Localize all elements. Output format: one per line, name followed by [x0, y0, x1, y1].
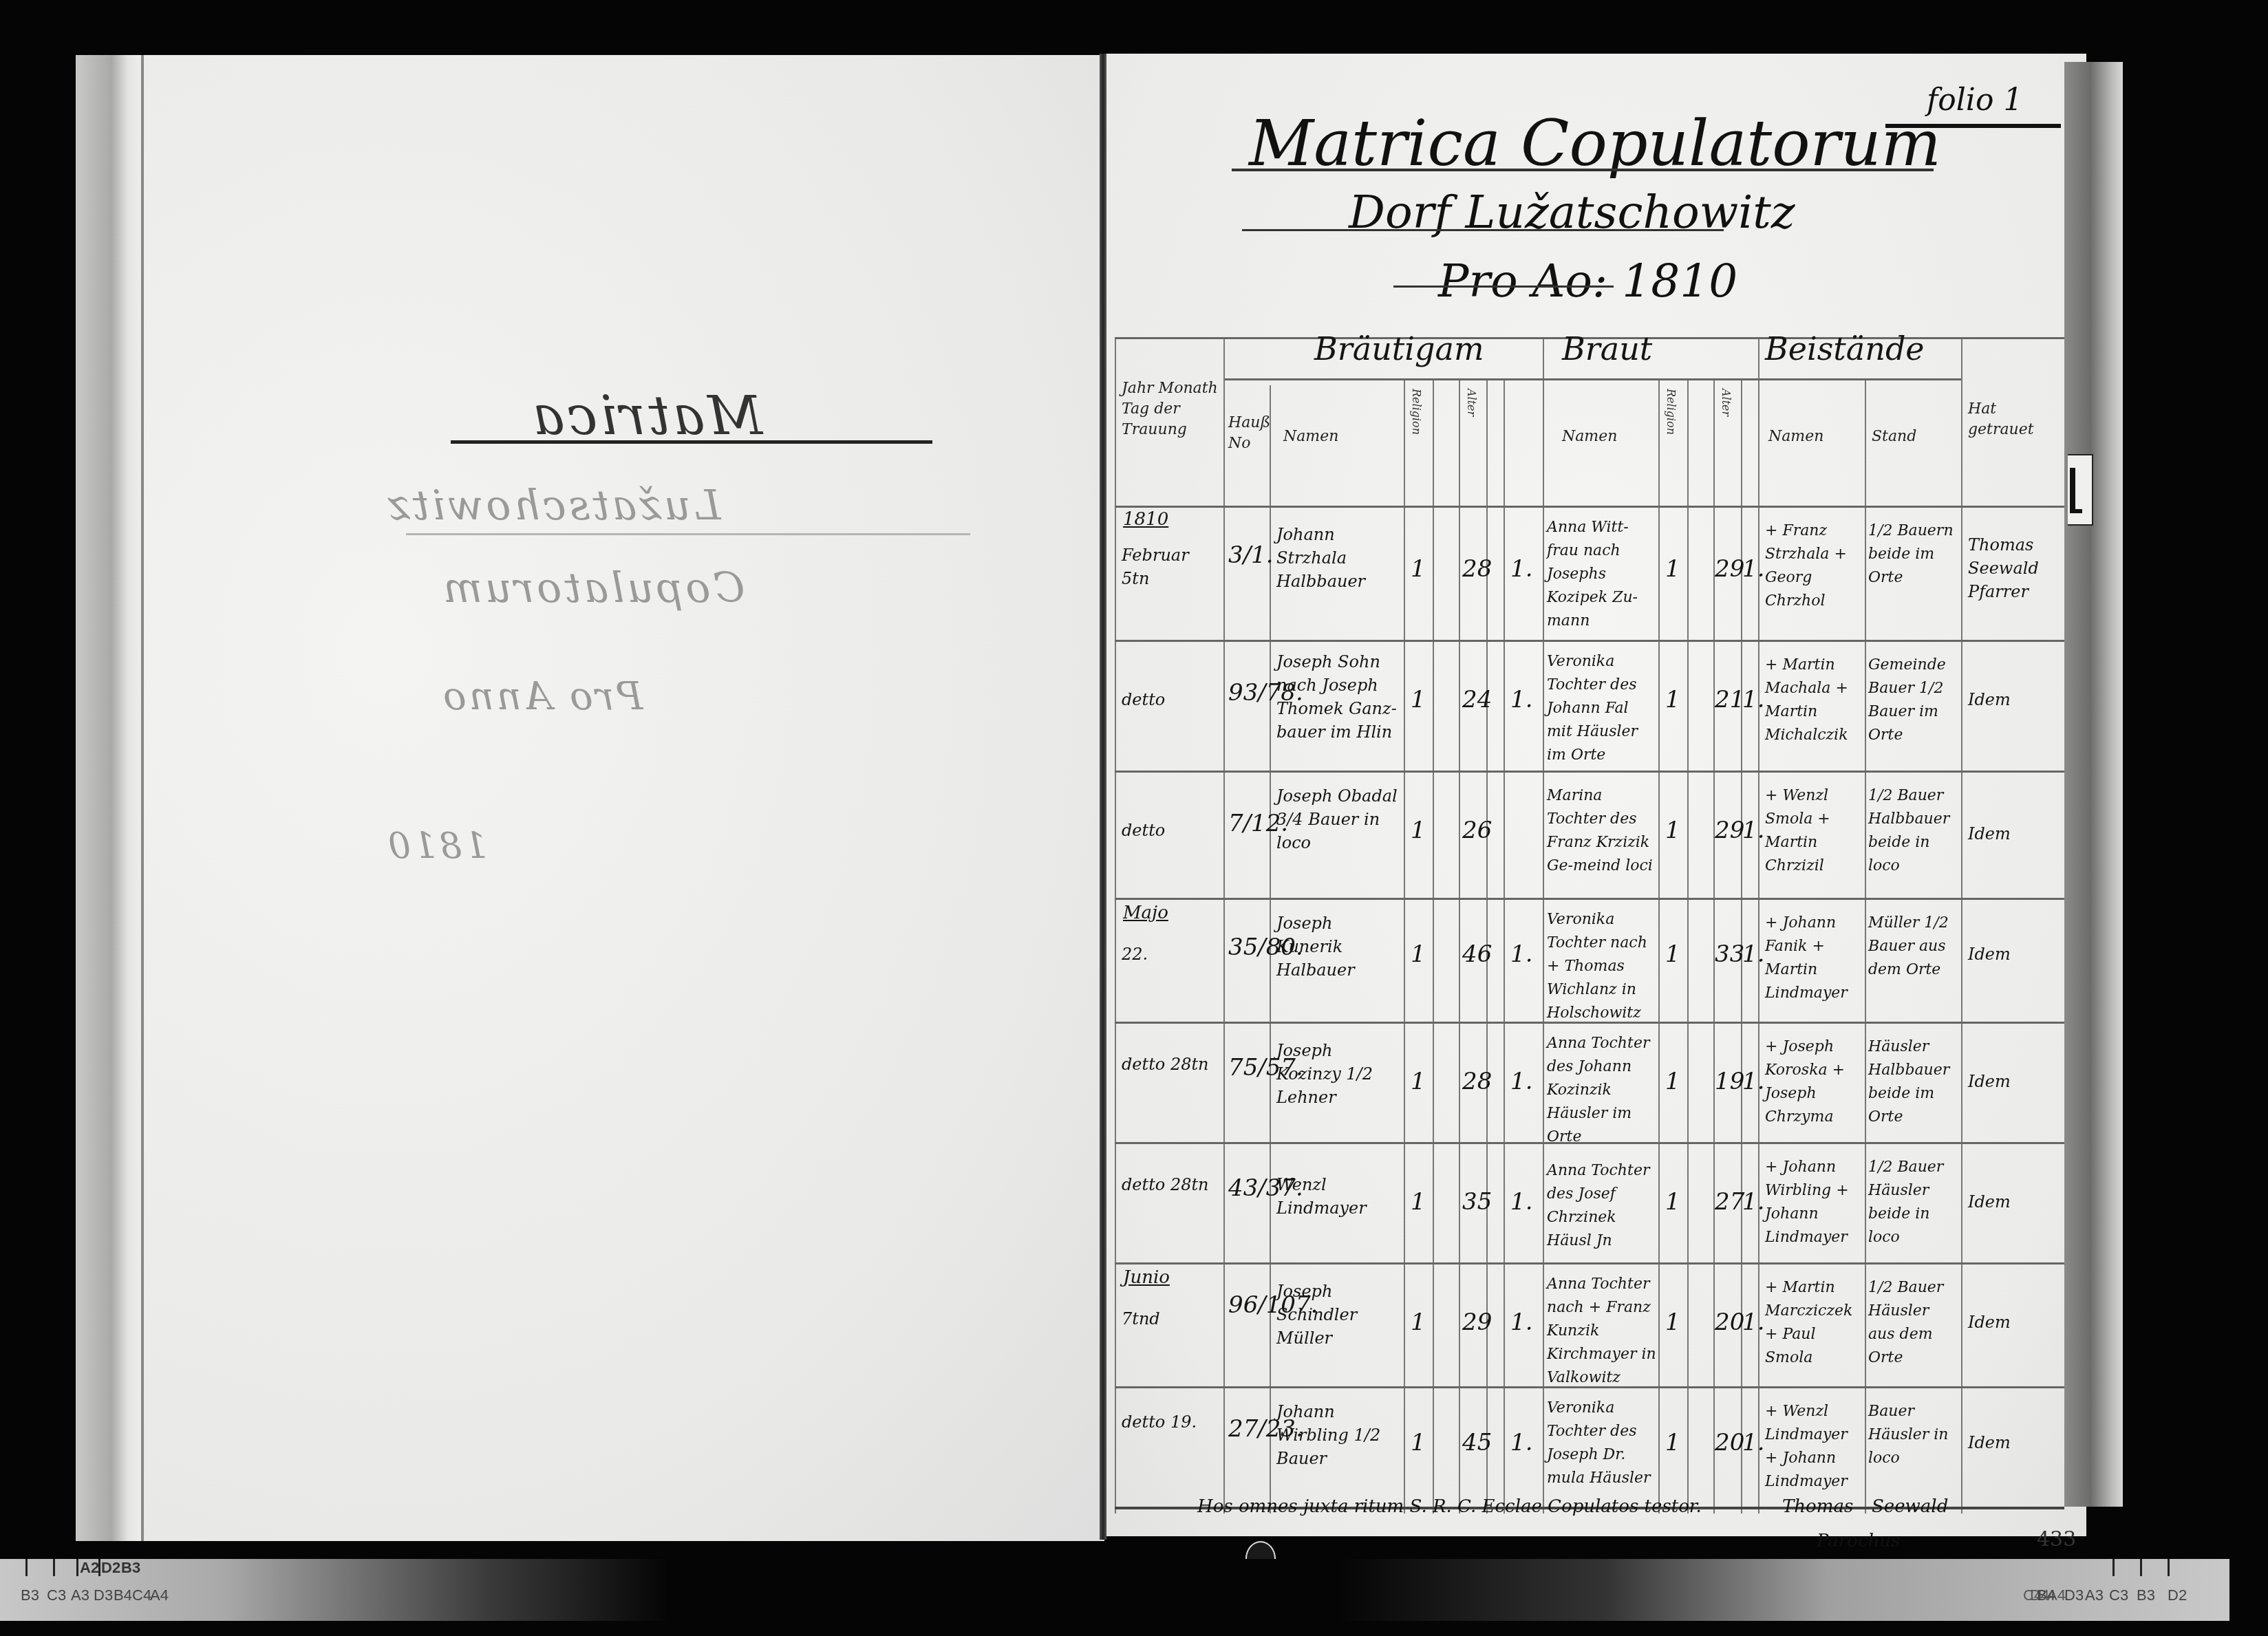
row-groom-religion: 1	[1411, 1070, 1426, 1093]
row-groom-age: 45	[1462, 1431, 1492, 1454]
row-date: detto	[1122, 688, 1165, 711]
row-witnesses: + Joseph Koroska + Joseph Chrzyma	[1765, 1035, 1861, 1129]
ruler-label: B3	[2137, 1586, 2155, 1604]
row-date: detto 28tn	[1122, 1173, 1218, 1196]
row-officiant: Idem	[1968, 943, 2011, 966]
ruler-tick	[2140, 1559, 2142, 1576]
row-groom: Joseph Sohn nach Joseph Thomek Ganz-baue…	[1276, 650, 1400, 744]
row-line	[1115, 898, 2064, 900]
row-officiant: Idem	[1968, 822, 2011, 846]
row-bride-religion: 1	[1665, 1070, 1680, 1093]
row-groom-age: 35	[1462, 1190, 1492, 1214]
row-bride: Marina Tochter des Franz Krzizik Ge-mein…	[1547, 784, 1657, 878]
ghost-rule	[451, 440, 932, 444]
row-officiant: Idem	[1968, 1311, 2011, 1334]
row-officiant: Idem	[1968, 688, 2011, 711]
row-bride: Veronika Tochter nach + Thomas Wichlanz …	[1547, 908, 1657, 1025]
row-date: detto 19.	[1122, 1410, 1218, 1434]
row-line	[1225, 378, 1961, 380]
row-witness-status: Müller 1/2 Bauer aus dem Orte	[1868, 912, 1958, 982]
row-bride: Anna Tochter des Johann Kozinzik Häusler…	[1547, 1032, 1657, 1149]
row-witnesses: + Johann Wirbling + Johann Lindmayer	[1765, 1156, 1861, 1249]
row-bride-age: 19	[1715, 1070, 1744, 1093]
row-bride-status: 1.	[1742, 943, 1764, 966]
header-groom: Bräutigam	[1314, 337, 1484, 360]
row-date: detto 28tn	[1122, 1053, 1218, 1076]
row-groom-age: 24	[1462, 688, 1492, 711]
village-underline	[1242, 229, 1724, 231]
right-page-fold	[2064, 62, 2123, 1507]
row-date: Februar 5tn	[1122, 543, 1221, 590]
ruler-tick	[76, 1559, 78, 1576]
row-officiant: Idem	[1968, 1070, 2011, 1093]
row-groom-religion: 1	[1411, 1431, 1426, 1454]
row-witness-status: 1/2 Bauern beide im Orte	[1868, 519, 1958, 590]
row-witness-status: Bauer Häusler in loco	[1868, 1400, 1958, 1470]
row-line	[1115, 1262, 2064, 1264]
row-witness-status: 1/2 Bauer Häusler aus dem Orte	[1868, 1276, 1958, 1370]
ruler-label: B4	[2037, 1586, 2055, 1604]
header-officiant: Hat getrauet	[1968, 399, 2057, 440]
col-line	[1504, 378, 1505, 1514]
header-date: Jahr Monath Tag der Trauung	[1122, 378, 1218, 440]
header-bride-name: Namen	[1562, 427, 1617, 447]
row-witnesses: + Johann Fanik + Martin Lindmayer	[1765, 912, 1861, 1005]
year-underline	[1393, 286, 1614, 288]
col-line	[1658, 378, 1660, 1514]
ruler-tick	[2112, 1559, 2115, 1576]
row-witness-status: Häusler Halbbauer beide im Orte	[1868, 1035, 1958, 1129]
row-bride: Anna Tochter nach + Franz Kunzik Kirchma…	[1547, 1273, 1657, 1390]
row-date: 22.	[1122, 943, 1148, 966]
col-line	[1687, 378, 1689, 1514]
row-groom-religion: 1	[1411, 819, 1426, 842]
attestation-text: Hos omnes juxta ritum S. R. C. Ecclae Co…	[1197, 1496, 1702, 1517]
row-bride-age: 20	[1715, 1311, 1744, 1334]
row-bride-status: 1.	[1742, 557, 1764, 581]
row-bride-age: 33	[1715, 943, 1744, 966]
row-date: 7tnd	[1122, 1307, 1160, 1331]
title-underline	[1232, 169, 1934, 171]
row-groom: Joseph Kunerik Halbauer	[1276, 912, 1400, 982]
row-witnesses: + Martin Machala + Martin Michalczik	[1765, 654, 1861, 747]
year-marker: Majo	[1123, 901, 1168, 925]
row-bride-religion: 1	[1665, 1431, 1680, 1454]
ruler-label: A3	[2085, 1586, 2104, 1604]
ruler-tick	[53, 1559, 55, 1576]
header-bride-religion: Religion	[1664, 389, 1678, 492]
col-line	[1223, 337, 1225, 1514]
ghost-line: Pro Anno	[440, 674, 643, 719]
row-groom-status: 1.	[1510, 1070, 1532, 1093]
archive-page-number: 433	[2037, 1527, 2076, 1551]
row-bride-status: 1.	[1742, 1431, 1764, 1454]
row-groom: Johann Strzhala Halbbauer	[1276, 523, 1400, 593]
ruler-label: B3	[21, 1586, 39, 1604]
row-bride-religion: 1	[1665, 557, 1680, 581]
ghost-line: 1810	[385, 826, 487, 867]
row-groom-age: 26	[1462, 819, 1492, 842]
row-bride-age: 27	[1715, 1190, 1744, 1214]
folio-underline	[1885, 124, 2061, 128]
year-marker: 1810	[1123, 508, 1168, 531]
year-title: Pro Ao: 1810	[1438, 255, 1737, 308]
row-bride-status: 1.	[1742, 1190, 1764, 1214]
book-gutter	[1100, 54, 1106, 1540]
header-witness-name: Namen	[1768, 427, 1823, 447]
row-groom-age: 28	[1462, 1070, 1492, 1093]
row-bride-age: 29	[1715, 819, 1744, 842]
col-line	[1459, 378, 1460, 1514]
row-groom-religion: 1	[1411, 1190, 1426, 1214]
ruler-label: B4	[114, 1586, 132, 1604]
header-groom-name: Namen	[1283, 427, 1338, 447]
header-witness-status: Stand	[1872, 427, 1916, 447]
row-bride-status: 1.	[1742, 819, 1764, 842]
header-groom-religion: Religion	[1409, 389, 1423, 492]
row-bride-status: 1.	[1742, 688, 1764, 711]
left-ghost-title: Matrica	[530, 385, 762, 447]
row-bride-religion: 1	[1665, 819, 1680, 842]
left-ghost-line-5: 1810	[385, 826, 487, 867]
row-bride-religion: 1	[1665, 1190, 1680, 1214]
row-line	[1115, 771, 2064, 773]
signature-last-name: Seewald	[1872, 1496, 1948, 1517]
row-witness-status: 1/2 Bauer Halbbauer beide in loco	[1868, 784, 1958, 878]
row-bride: Veronika Tochter des Johann Fal mit Häus…	[1547, 650, 1657, 767]
left-ghost-line-4: Pro Anno	[440, 674, 643, 719]
ruler-label: A4	[150, 1586, 169, 1604]
ruler-label: A3	[71, 1586, 89, 1604]
header-witnesses: Beistände	[1765, 337, 1925, 360]
row-groom: Joseph Schindler Müller	[1276, 1280, 1400, 1350]
row-line	[1115, 506, 2064, 508]
row-witnesses: + Franz Strzhala + Georg Chrzhol	[1765, 519, 1861, 613]
ghost-line: Matrica	[530, 385, 762, 447]
row-groom-status: 1.	[1510, 1431, 1532, 1454]
row-groom-status: 1.	[1510, 557, 1532, 581]
header-bride: Braut	[1562, 337, 1652, 360]
ruler-label: D2	[101, 1559, 120, 1577]
ruler-tick	[2168, 1559, 2170, 1576]
row-bride: Veronika Tochter des Joseph Dr. mula Häu…	[1547, 1397, 1657, 1490]
page-tab-mark-icon	[2070, 468, 2082, 513]
left-page-edge	[76, 55, 141, 1541]
header-house-no: Hauß No	[1228, 413, 1270, 454]
row-groom-status: 1.	[1510, 1190, 1532, 1214]
row-officiant: Idem	[1968, 1190, 2011, 1214]
left-ghost-line-2: Lužatschowitz	[385, 482, 720, 530]
row-bride-religion: 1	[1665, 943, 1680, 966]
register-table: Jahr Monath Tag der Trauung Hauß No Bräu…	[1115, 337, 2064, 1514]
row-groom-status: 1.	[1510, 688, 1532, 711]
row-date: detto	[1122, 819, 1165, 842]
year-marker: Junio	[1123, 1266, 1170, 1289]
row-bride-religion: 1	[1665, 688, 1680, 711]
col-line	[1115, 337, 1116, 1514]
row-witness-status: Gemeinde Bauer 1/2 Bauer im Orte	[1868, 654, 1958, 747]
ghost-rule	[406, 533, 970, 535]
row-groom: Johann Wirbling 1/2 Bauer	[1276, 1400, 1400, 1470]
left-page-edge-line	[141, 55, 144, 1541]
row-groom-status: 1.	[1510, 943, 1532, 966]
ruler-label: D3	[94, 1586, 113, 1604]
ruler-label: C4	[132, 1586, 151, 1604]
row-bride-status: 1.	[1742, 1311, 1764, 1334]
header-bride-age: Alter	[1719, 389, 1733, 499]
row-bride-age: 29	[1715, 557, 1744, 581]
row-groom: Wenzl Lindmayer	[1276, 1173, 1400, 1220]
row-groom-age: 46	[1462, 943, 1492, 966]
left-page	[76, 55, 1104, 1541]
row-line	[1115, 640, 2064, 642]
row-officiant: Thomas Seewald Pfarrer	[1968, 533, 2057, 603]
row-witness-status: 1/2 Bauer Häusler beide in loco	[1868, 1156, 1958, 1249]
signature-first-name: Thomas	[1782, 1496, 1853, 1517]
row-bride-age: 21	[1715, 688, 1744, 711]
row-bride: Anna Witt-frau nach Josephs Kozipek Zu-m…	[1547, 516, 1657, 633]
row-groom-religion: 1	[1411, 943, 1426, 966]
ruler-label: C3	[2109, 1586, 2128, 1604]
row-bride-age: 20	[1715, 1431, 1744, 1454]
left-ghost-line-3: Copulatorum	[440, 564, 745, 612]
col-line	[1433, 378, 1434, 1514]
row-bride-status: 1.	[1742, 1070, 1764, 1093]
ghost-line: Lužatschowitz	[385, 482, 720, 530]
row-groom-status: 1.	[1510, 1311, 1532, 1334]
row-groom-age: 29	[1462, 1311, 1492, 1334]
signature-title: Parochus	[1817, 1531, 1900, 1551]
row-groom: Joseph Obadal 3/4 Bauer in loco	[1276, 784, 1400, 854]
row-groom-religion: 1	[1411, 1311, 1426, 1334]
folio-label: folio 1	[1927, 83, 2022, 118]
ruler-tick	[25, 1559, 28, 1576]
col-line	[1961, 337, 1962, 1514]
header-groom-age: Alter	[1464, 389, 1478, 499]
ruler-label: C3	[47, 1586, 66, 1604]
scale-ruler: A2 D2 B3 B3 C3 A3 D3 B4 C4 A4 D4 A4 C4 B…	[0, 1559, 2229, 1621]
ruler-label: D3	[2064, 1586, 2084, 1604]
row-groom-religion: 1	[1411, 557, 1426, 581]
ruler-label: B3	[121, 1559, 140, 1577]
row-groom-religion: 1	[1411, 688, 1426, 711]
col-line	[1758, 337, 1759, 1514]
row-groom-age: 28	[1462, 557, 1492, 581]
row-witnesses: + Martin Marcziczek + Paul Smola	[1765, 1276, 1861, 1370]
row-bride: Anna Tochter des Josef Chrzinek Häusl Jn	[1547, 1159, 1657, 1253]
row-bride-religion: 1	[1665, 1311, 1680, 1334]
row-witnesses: + Wenzl Smola + Martin Chrzizil	[1765, 784, 1861, 878]
ruler-label: D2	[2168, 1586, 2187, 1604]
row-groom: Joseph Kozinzy 1/2 Lehner	[1276, 1039, 1400, 1109]
row-witnesses: + Wenzl Lindmayer + Johann Lindmayer	[1765, 1400, 1861, 1494]
col-line	[1404, 378, 1405, 1514]
ruler-label: A2	[80, 1559, 99, 1577]
col-line	[1865, 378, 1866, 1514]
col-line	[1543, 337, 1544, 1514]
ghost-line: Copulatorum	[440, 564, 745, 612]
row-house-no: 3/1.	[1228, 543, 1274, 567]
row-officiant: Idem	[1968, 1431, 2011, 1454]
